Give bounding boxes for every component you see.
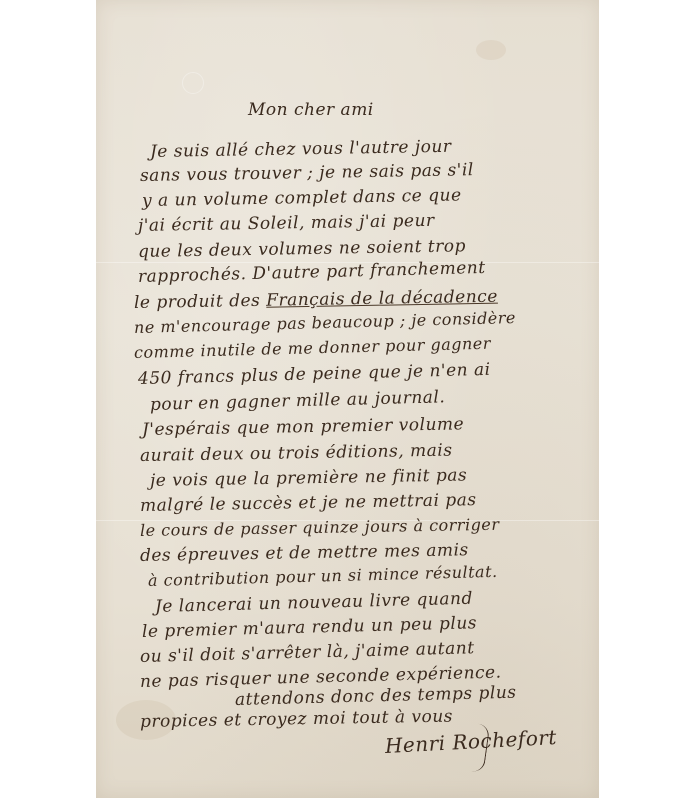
- underlined-title: Français de la décadence: [266, 287, 498, 311]
- paper-emboss-mark: [182, 72, 204, 94]
- letter-salutation: Mon cher ami: [248, 100, 374, 120]
- scan-canvas: Mon cher ami Je suis allé chez vous l'au…: [0, 0, 700, 800]
- paper-stain: [476, 40, 506, 60]
